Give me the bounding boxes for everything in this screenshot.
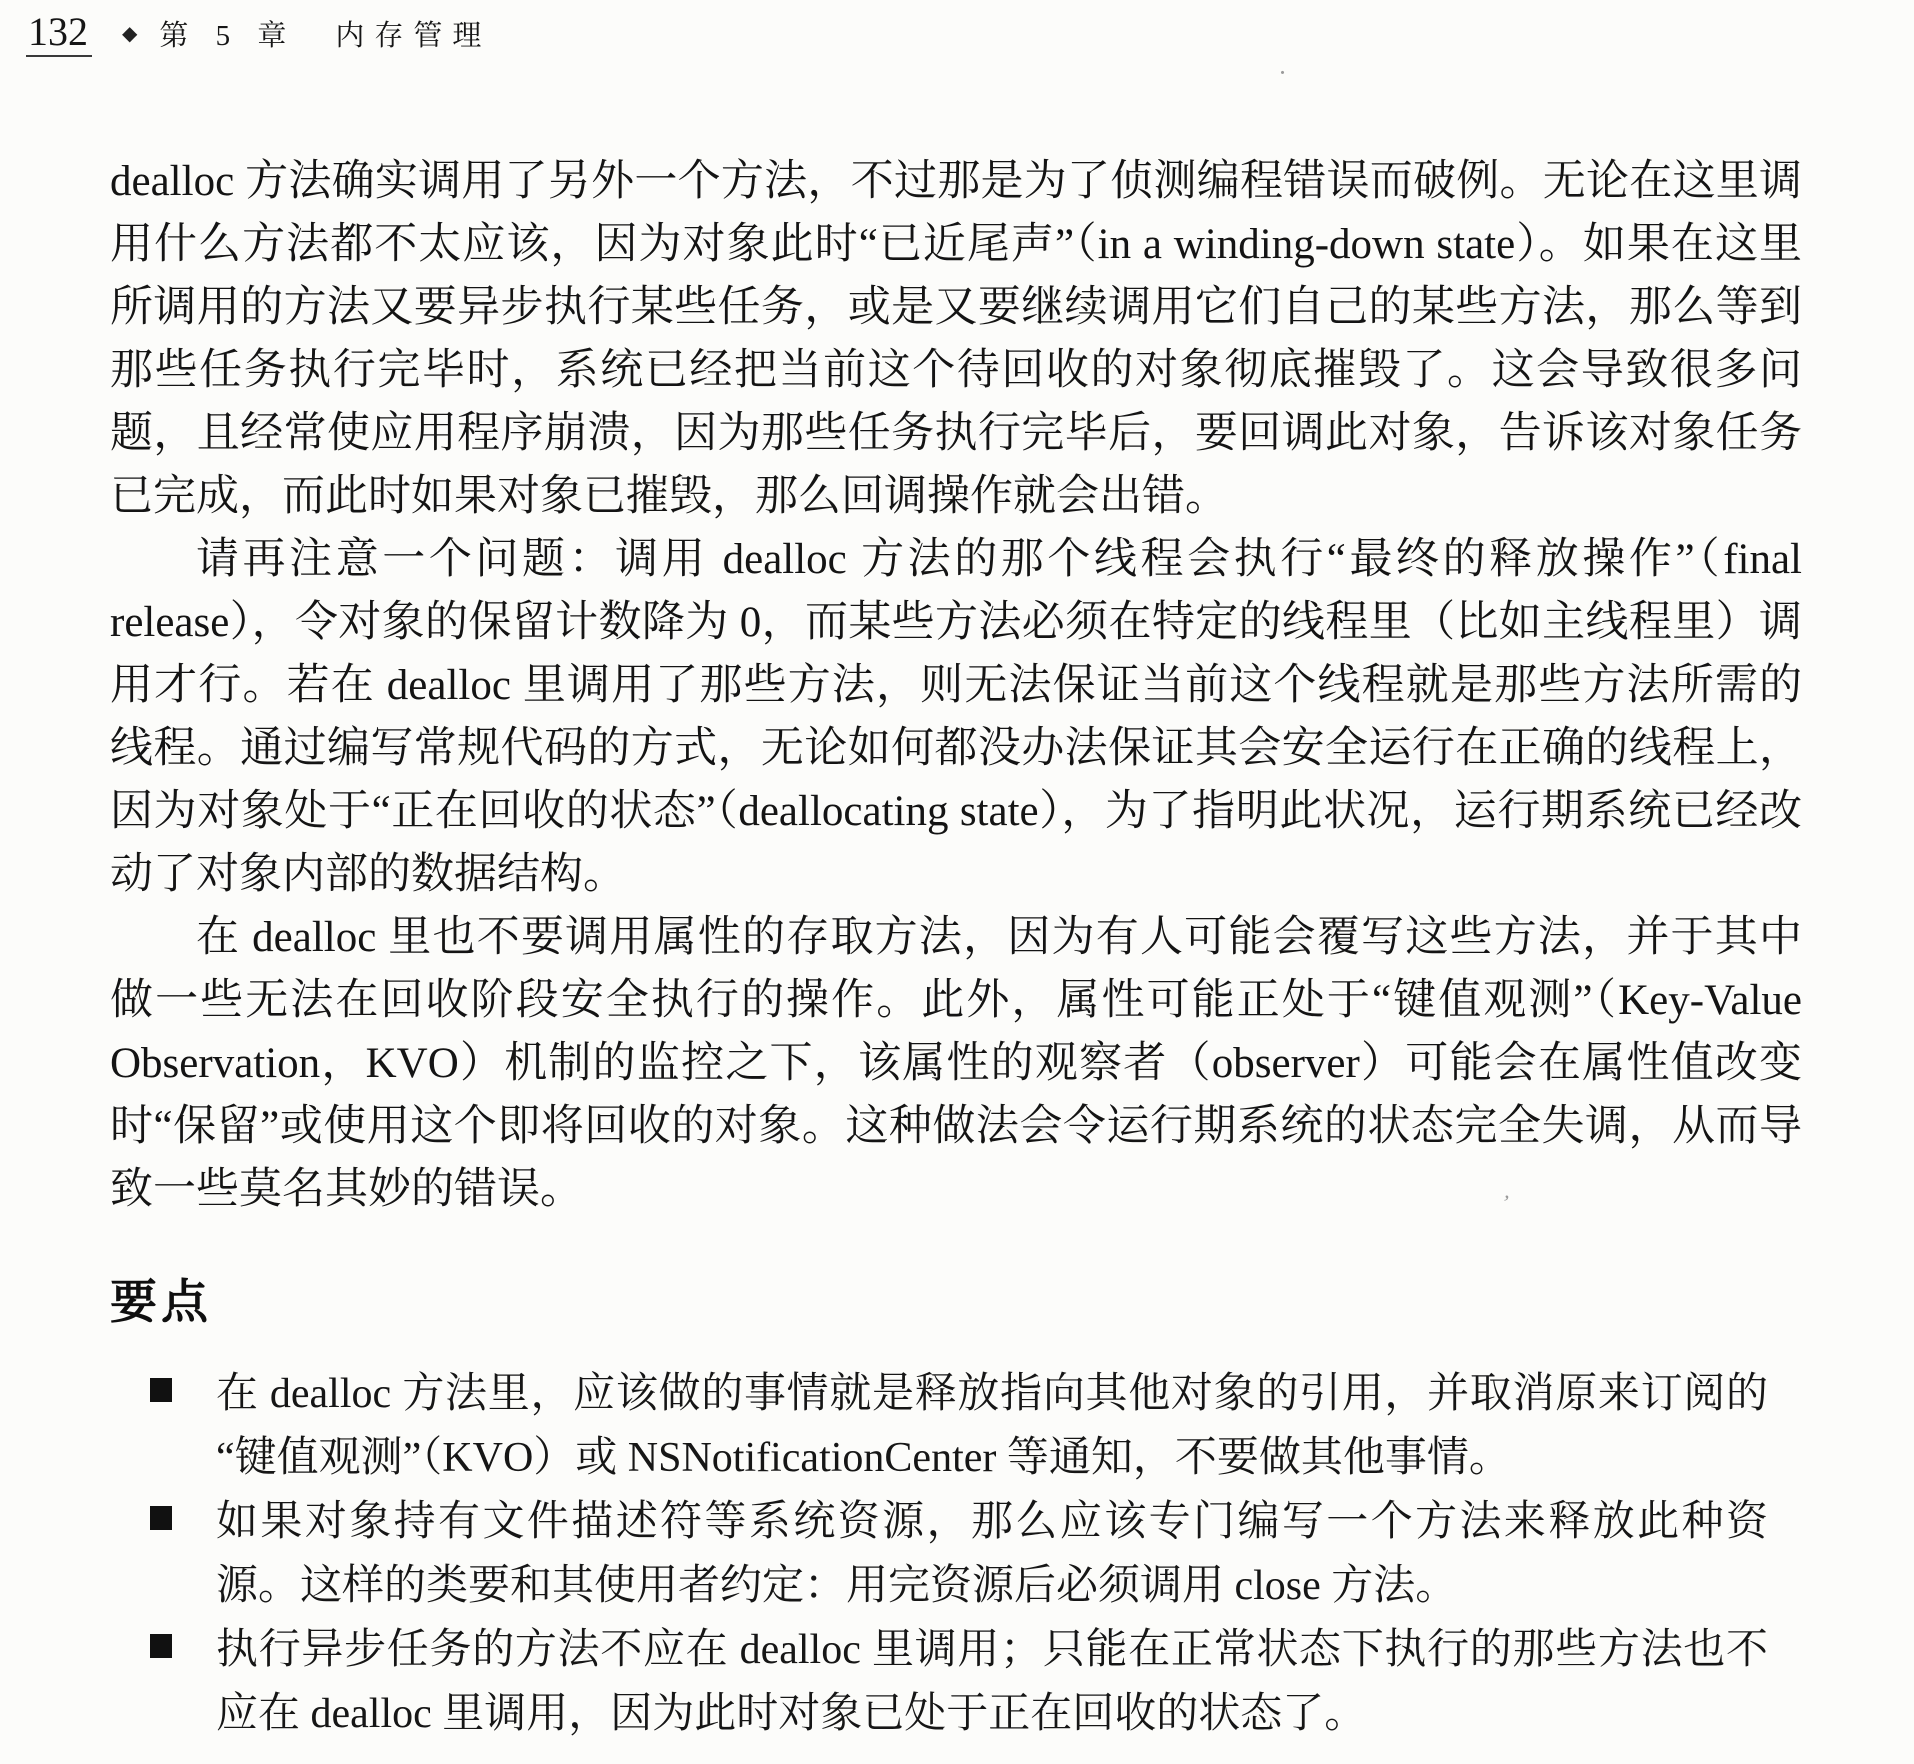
square-bullet-icon: [150, 1378, 172, 1402]
keypoint-text: 如果对象持有文件描述符等系统资源，那么应该专门编写一个方法来释放此种资源。这样的…: [216, 1499, 1768, 1609]
keypoints-heading: 要点: [110, 1265, 1802, 1332]
scan-artifact: ·: [1275, 57, 1291, 88]
scanned-book-page: { "page": { "number": "132", "separator"…: [0, 0, 1914, 1764]
running-head: 132 ◆ 第 5 章 内存管理: [26, 10, 491, 57]
keypoint-text: 在 dealloc 方法里，应该做的事情就是释放指向其他对象的引用，并取消原来订…: [216, 1371, 1768, 1481]
square-bullet-icon: [150, 1506, 172, 1530]
chapter-title: 第 5 章 内存管理: [159, 13, 491, 54]
square-bullet-icon: [150, 1634, 172, 1658]
keypoint-text: 执行异步任务的方法不应在 dealloc 里调用；只能在正常状态下执行的那些方法…: [216, 1627, 1768, 1737]
keypoints-list: 在 dealloc 方法里，应该做的事情就是释放指向其他对象的引用，并取消原来订…: [182, 1362, 1768, 1746]
page-number: 132: [26, 10, 92, 57]
diamond-icon: ◆: [122, 21, 137, 46]
keypoint-item: 如果对象持有文件描述符等系统资源，那么应该专门编写一个方法来释放此种资源。这样的…: [182, 1490, 1768, 1618]
paragraph-3: 在 dealloc 里也不要调用属性的存取方法，因为有人可能会覆写这些方法，并于…: [110, 906, 1802, 1221]
paragraph-1: dealloc 方法确实调用了另外一个方法，不过那是为了侦测编程错误而破例。无论…: [110, 150, 1802, 528]
page-body: dealloc 方法确实调用了另外一个方法，不过那是为了侦测编程错误而破例。无论…: [110, 150, 1802, 1746]
paragraph-2: 请再注意一个问题：调用 dealloc 方法的那个线程会执行“最终的释放操作”（…: [110, 528, 1802, 906]
keypoint-item: 在 dealloc 方法里，应该做的事情就是释放指向其他对象的引用，并取消原来订…: [182, 1362, 1768, 1490]
keypoint-item: 执行异步任务的方法不应在 dealloc 里调用；只能在正常状态下执行的那些方法…: [182, 1618, 1768, 1746]
